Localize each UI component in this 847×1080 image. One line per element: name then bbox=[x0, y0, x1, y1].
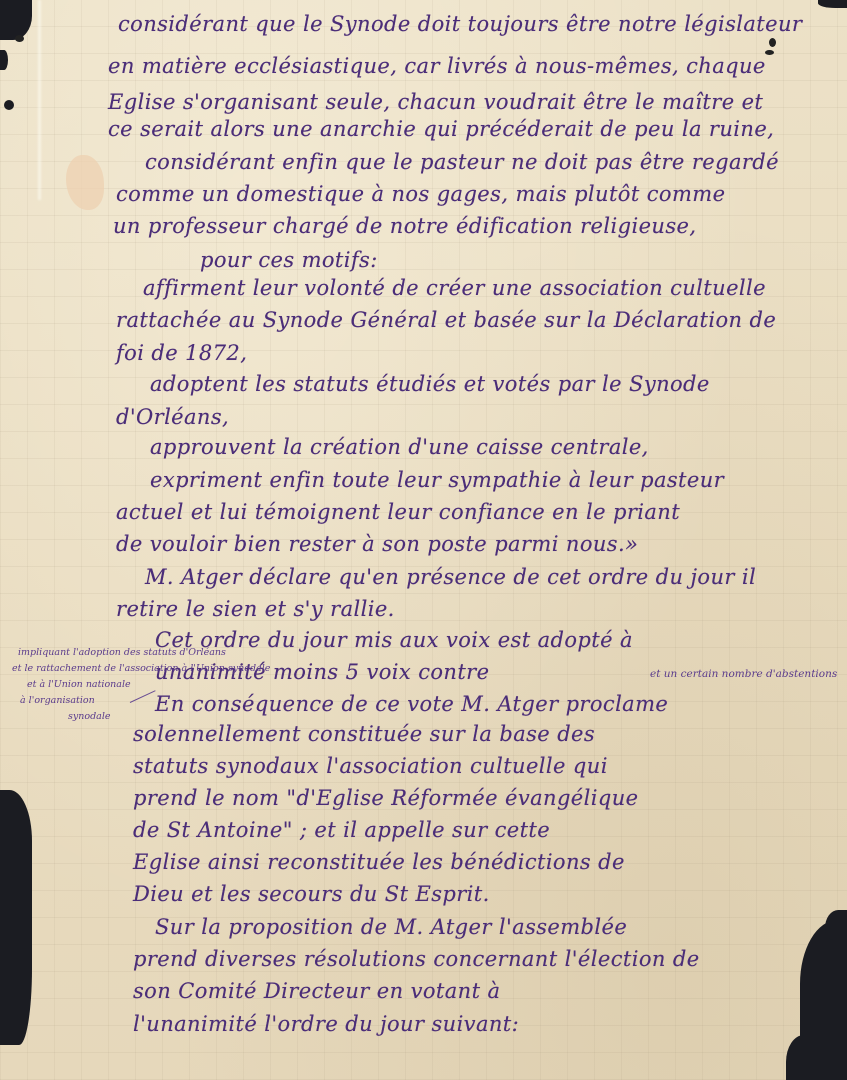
text-line: statuts synodaux l'association cultuelle… bbox=[133, 754, 608, 778]
text-line: affirment leur volonté de créer une asso… bbox=[143, 276, 766, 300]
text-line: de vouloir bien rester à son poste parmi… bbox=[116, 532, 638, 556]
text-line: Sur la proposition de M. Atger l'assembl… bbox=[155, 915, 627, 939]
text-line: comme un domestique à nos gages, mais pl… bbox=[116, 182, 725, 206]
text-line: expriment enfin toute leur sympathie à l… bbox=[150, 468, 724, 492]
text-line: Cet ordre du jour mis aux voix est adopt… bbox=[155, 628, 633, 652]
text-line: approuvent la création d'une caisse cent… bbox=[150, 435, 649, 459]
text-line: solennellement constituée sur la base de… bbox=[133, 722, 595, 746]
manuscript-page: considérant que le Synode doit toujours … bbox=[0, 0, 847, 1080]
text-line: de St Antoine" ; et il appelle sur cette bbox=[133, 818, 550, 842]
text-line: Eglise ainsi reconstituée les bénédictio… bbox=[133, 850, 625, 874]
text-line: foi de 1872, bbox=[116, 341, 247, 365]
text-line: retire le sien et s'y rallie. bbox=[116, 597, 395, 621]
text-line: considérant enfin que le pasteur ne doit… bbox=[145, 150, 779, 174]
text-line: un professeur chargé de notre édificatio… bbox=[113, 214, 696, 238]
text-line: En conséquence de ce vote M. Atger procl… bbox=[155, 692, 668, 716]
text-line: Eglise s'organisant seule, chacun voudra… bbox=[108, 90, 763, 114]
text-line: prend diverses résolutions concernant l'… bbox=[133, 947, 700, 971]
margin-note-line: impliquant l'adoption des statuts d'Orlé… bbox=[18, 647, 226, 658]
text-line: M. Atger déclare qu'en présence de cet o… bbox=[145, 565, 756, 589]
text-line: d'Orléans, bbox=[116, 405, 229, 429]
text-line: Dieu et les secours du St Esprit. bbox=[133, 882, 490, 906]
inline-insertion: et un certain nombre d'abstentions bbox=[650, 668, 837, 680]
margin-note-line: et à l'Union nationale bbox=[27, 679, 131, 690]
margin-note-line: à l'organisation bbox=[20, 695, 95, 706]
margin-note-line: synodale bbox=[68, 711, 111, 722]
text-line: actuel et lui témoignent leur confiance … bbox=[116, 500, 680, 524]
insertion-mark bbox=[130, 690, 156, 703]
text-line: prend le nom "d'Eglise Réformée évangéli… bbox=[133, 786, 638, 810]
text-line: rattachée au Synode Général et basée sur… bbox=[116, 308, 776, 332]
text-line: adoptent les statuts étudiés et votés pa… bbox=[150, 372, 710, 396]
text-line: en matière ecclésiastique, car livrés à … bbox=[108, 54, 766, 78]
text-line: son Comité Directeur en votant à bbox=[133, 979, 500, 1003]
text-line: ce serait alors une anarchie qui précéde… bbox=[108, 117, 774, 141]
text-line: pour ces motifs: bbox=[200, 248, 378, 272]
text-line: considérant que le Synode doit toujours … bbox=[118, 12, 802, 36]
text-line: l'unanimité l'ordre du jour suivant: bbox=[133, 1012, 519, 1036]
manuscript-text: considérant que le Synode doit toujours … bbox=[0, 0, 847, 1080]
margin-note-line: et le rattachement de l'association à l'… bbox=[12, 663, 270, 674]
